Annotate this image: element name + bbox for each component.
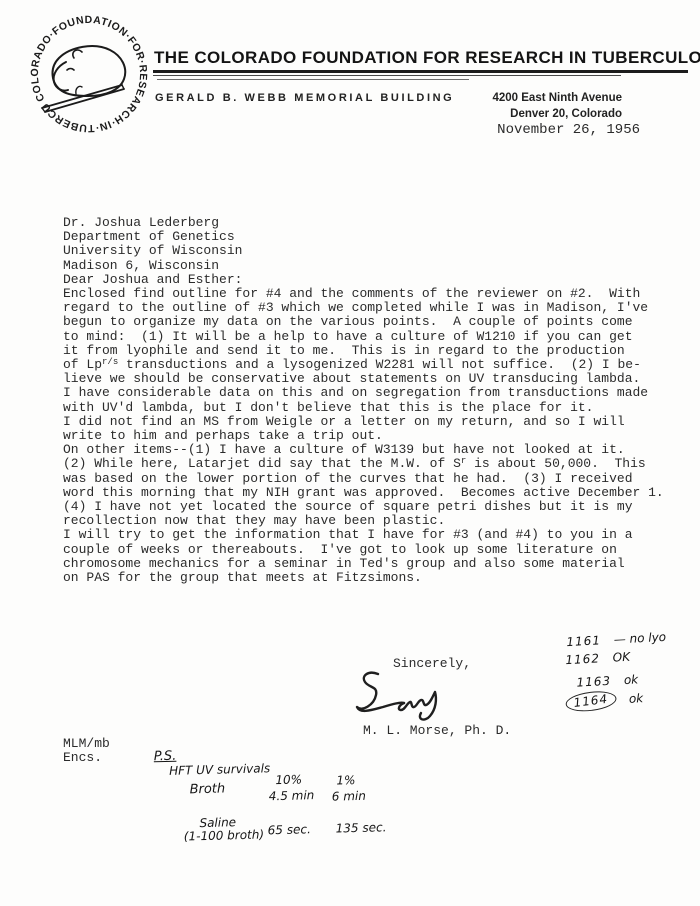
signature-handwritten (348, 666, 448, 722)
margin-note-text: ok (624, 672, 639, 687)
ps-saline-65sec: 65 sec. (268, 822, 311, 837)
paragraph-2: I did not find an MS from Weigle or a le… (63, 415, 673, 443)
ps-broth-1pct: 1% (336, 773, 355, 787)
logo-ring-text: COLORADO·FOUNDATION·FOR·RESEARCH·IN·TUBE… (22, 10, 149, 134)
margin-note-number: 1164 (573, 692, 609, 710)
ps-title: HFT UV survivals (169, 761, 270, 778)
recipient-address: Dr. Joshua Lederberg Department of Genet… (63, 216, 673, 273)
title-rule (153, 70, 688, 73)
foundation-logo: COLORADO·FOUNDATION·FOR·RESEARCH·IN·TUBE… (22, 10, 156, 140)
paragraph-1-text-cont: transductions and a lysogenized W2281 wi… (63, 357, 648, 415)
margin-note-1163: 1163 ok (576, 672, 638, 689)
ps-saline-sublabel: (1-100 broth) (184, 827, 265, 843)
margin-note-number: 1161 (566, 633, 601, 649)
paragraph-3: On other items--(1) I have a culture of … (63, 443, 673, 528)
margin-note-1164: 1164 ok (565, 689, 644, 712)
ps-broth-45min: 4.5 min (269, 788, 315, 803)
salutation: Dear Joshua and Esther: (63, 273, 673, 287)
ps-broth-label: Broth (189, 781, 225, 797)
letter-body: Dr. Joshua Lederberg Department of Genet… (63, 216, 673, 585)
letterhead-address: 4200 East Ninth Avenue Denver 20, Colora… (492, 90, 622, 122)
letterhead-title: THE COLORADO FOUNDATION FOR RESEARCH IN … (154, 48, 694, 68)
title-rule-thin2 (157, 79, 469, 80)
paragraph-4: I will try to get the information that I… (63, 528, 673, 585)
paragraph-1: Enclosed find outline for #4 and the com… (63, 287, 673, 415)
signed-name-typed: M. L. Morse, Ph. D. (363, 723, 511, 738)
reference-initials: MLM/mb Encs. (63, 737, 110, 765)
address-line2: Denver 20, Colorado (492, 106, 622, 122)
letter-page: COLORADO·FOUNDATION·FOR·RESEARCH·IN·TUBE… (0, 0, 700, 906)
ps-label: P.S. (154, 749, 177, 765)
ps-broth-10pct: 10% (275, 772, 302, 787)
letter-date: November 26, 1956 (497, 122, 640, 138)
margin-note-1162: 1162 OK (565, 650, 630, 667)
margin-notes: 1161 — no lyo 1162 OK 1163 ok 1164 ok (560, 629, 690, 636)
ps-saline-135sec: 135 sec. (335, 820, 386, 835)
margin-note-number: 1163 (576, 674, 611, 690)
margin-note-text: — no lyo (613, 630, 666, 647)
circled-number: 1164 (565, 689, 617, 714)
ps-broth-6min: 6 min (332, 789, 366, 804)
ps-note: P.S. HFT UV survivals Broth 10% 1% 4.5 m… (118, 740, 441, 868)
margin-note-1161: 1161 — no lyo (566, 630, 666, 649)
address-line1: 4200 East Ninth Avenue (492, 90, 622, 106)
guinea-pig-icon (42, 46, 125, 112)
superscript-rs: r/s (102, 357, 118, 367)
building-name: GERALD B. WEBB MEMORIAL BUILDING (155, 92, 454, 104)
margin-note-number: 1162 (565, 651, 600, 667)
margin-note-text: ok (629, 691, 644, 706)
title-rule-thin (153, 75, 621, 76)
margin-note-text: OK (612, 650, 630, 665)
